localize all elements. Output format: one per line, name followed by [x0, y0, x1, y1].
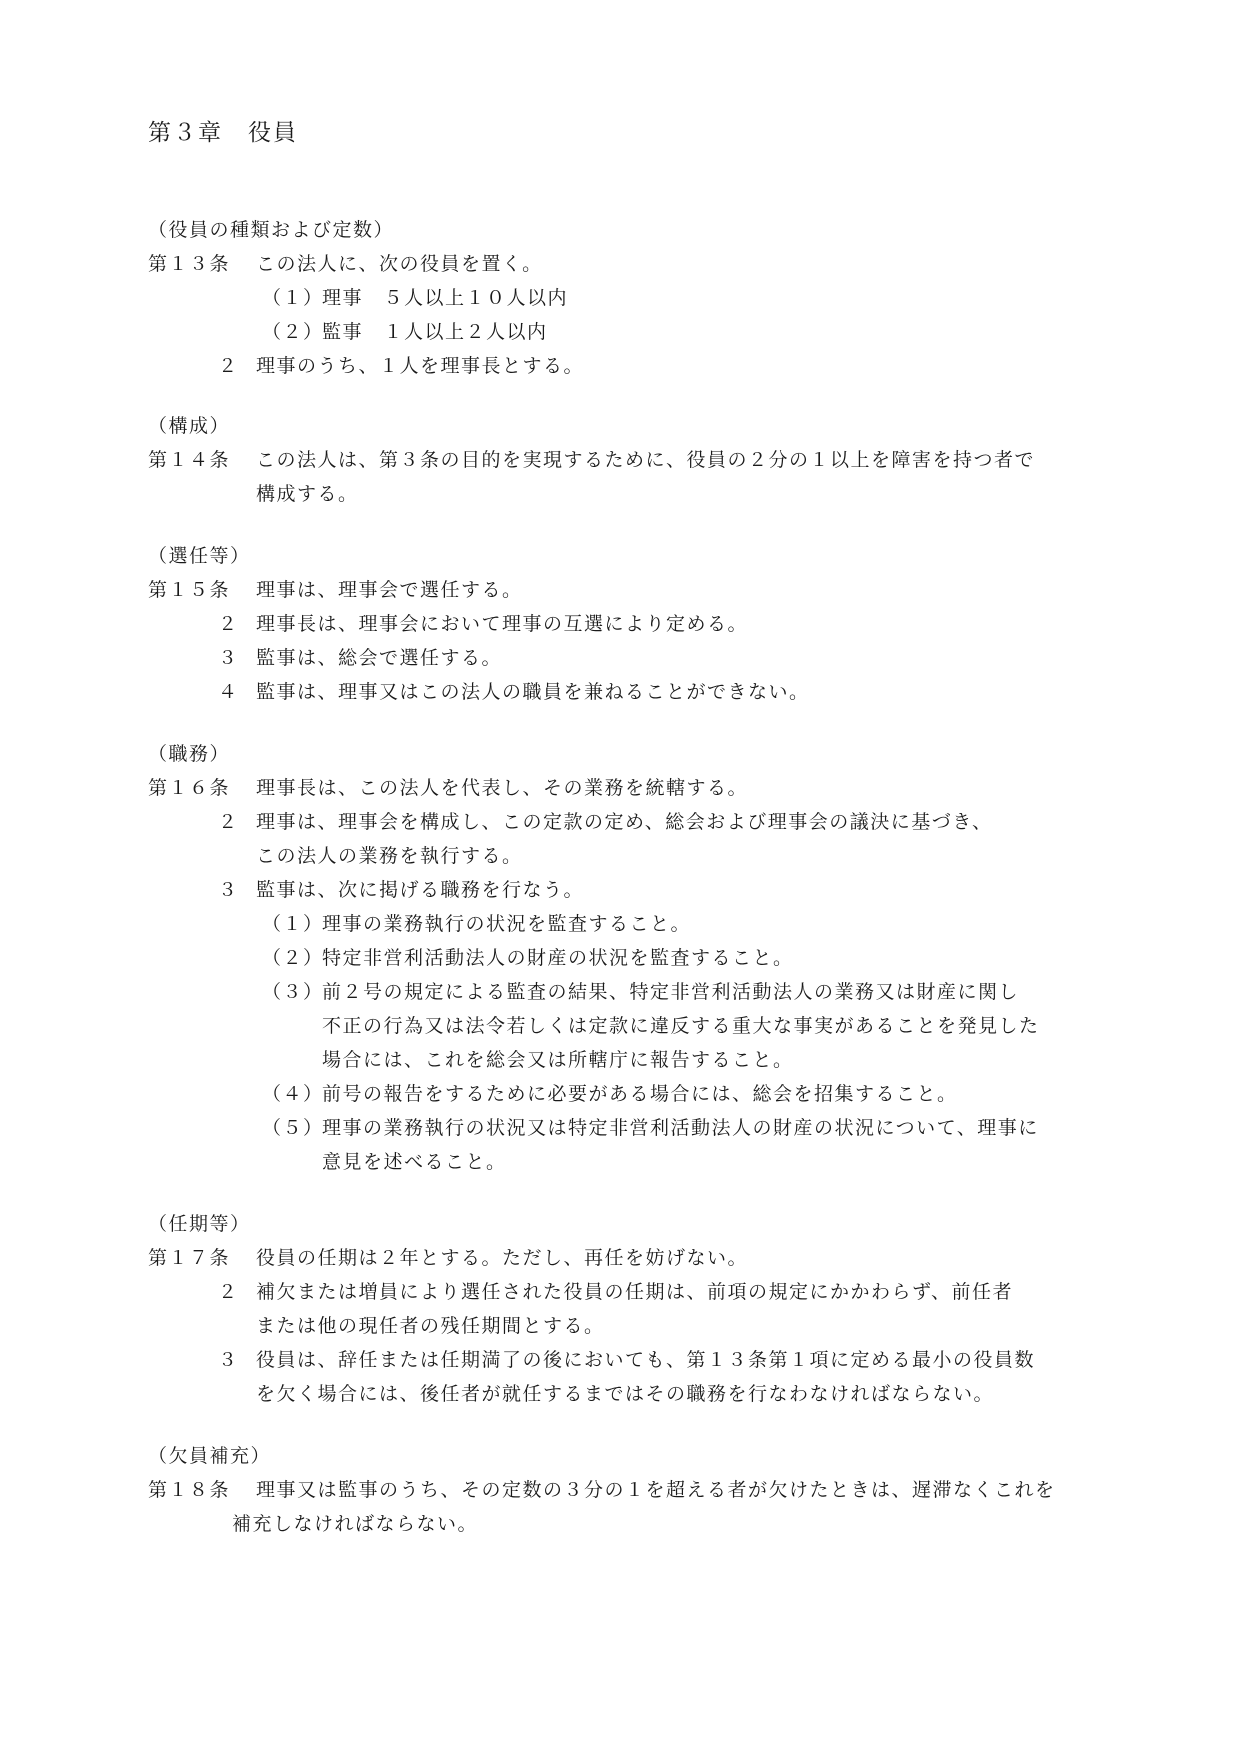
item-number: （１） [262, 912, 324, 936]
article-text-continued: 構成する。 [256, 482, 359, 506]
item-text-continued: 意見を述べること。 [322, 1150, 507, 1174]
paragraph-number: ２ [218, 354, 239, 378]
paragraph-text: 補欠または増員により選任された役員の任期は、前項の規定にかかわらず、前任者 [256, 1280, 1013, 1304]
item-number: （３） [262, 980, 324, 1004]
paragraph-number: ２ [218, 612, 239, 636]
item-text: 前号の報告をするために必要がある場合には、総会を招集すること。 [322, 1082, 958, 1106]
article-text: この法人に、次の役員を置く。 [256, 252, 543, 276]
article-text: 役員の任期は２年とする。ただし、再任を妨げない。 [256, 1246, 748, 1270]
article-heading: （構成） [148, 414, 230, 438]
paragraph-text: 監事は、理事又はこの法人の職員を兼ねることができない。 [256, 680, 810, 704]
item-text-continued: 場合には、これを総会又は所轄庁に報告すること。 [322, 1048, 794, 1072]
item-number: （５） [262, 1116, 324, 1140]
article-text: 理事又は監事のうち、その定数の３分の１を超える者が欠けたときは、遅滞なくこれを [256, 1478, 1056, 1502]
article-number: 第１８条 [148, 1478, 230, 1502]
paragraph-number: ３ [218, 646, 239, 670]
item-number: （４） [262, 1082, 324, 1106]
paragraph-text: 監事は、次に掲げる職務を行なう。 [256, 878, 584, 902]
paragraph-text: 理事長は、理事会において理事の互選により定める。 [256, 612, 748, 636]
chapter-title: 第３章 役員 [148, 114, 298, 147]
paragraph-number: ４ [218, 680, 239, 704]
article-heading: （役員の種類および定数） [148, 218, 394, 242]
article-heading: （任期等） [148, 1212, 251, 1236]
item-text: 理事の業務執行の状況又は特定非営利活動法人の財産の状況について、理事に [322, 1116, 1039, 1140]
paragraph-text: 理事は、理事会を構成し、この定款の定め、総会および理事会の議決に基づき、 [256, 810, 992, 834]
item-text: 理事 ５人以上１０人以内 [322, 286, 568, 310]
item-number: （２） [262, 946, 324, 970]
paragraph-text: 監事は、総会で選任する。 [256, 646, 502, 670]
item-text: 前２号の規定による監査の結果、特定非営利活動法人の業務又は財産に関し [322, 980, 1019, 1004]
article-text-continued: 補充しなければならない。 [232, 1512, 478, 1536]
paragraph-text-continued: この法人の業務を執行する。 [256, 844, 523, 868]
article-heading: （職務） [148, 742, 230, 766]
article-text: この法人は、第３条の目的を実現するために、役員の２分の１以上を障害を持つ者で [256, 448, 1035, 472]
paragraph-text: 役員は、辞任または任期満了の後においても、第１３条第１項に定める最小の役員数 [256, 1348, 1035, 1372]
item-number: （２） [262, 320, 324, 344]
paragraph-number: ２ [218, 1280, 239, 1304]
item-text-continued: 不正の行為又は法令若しくは定款に違反する重大な事実があることを発見した [322, 1014, 1040, 1038]
paragraph-number: ２ [218, 810, 239, 834]
article-text: 理事長は、この法人を代表し、その業務を統轄する。 [256, 776, 748, 800]
item-text: 特定非営利活動法人の財産の状況を監査すること。 [322, 946, 794, 970]
article-number: 第１３条 [148, 252, 230, 276]
paragraph-number: ３ [218, 1348, 239, 1372]
paragraph-text: 理事のうち、１人を理事長とする。 [256, 354, 584, 378]
item-text: 監事 １人以上２人以内 [322, 320, 548, 344]
document-page: 第３章 役員 （役員の種類および定数） 第１３条 この法人に、次の役員を置く。 … [0, 0, 1241, 1754]
paragraph-text-continued: を欠く場合には、後任者が就任するまではその職務を行なわなければならない。 [256, 1382, 994, 1406]
article-heading: （選任等） [148, 544, 251, 568]
paragraph-text-continued: または他の現任者の残任期間とする。 [256, 1314, 605, 1338]
article-number: 第１６条 [148, 776, 230, 800]
article-number: 第１４条 [148, 448, 230, 472]
article-heading: （欠員補充） [148, 1444, 271, 1468]
article-number: 第１５条 [148, 578, 230, 602]
item-number: （１） [262, 286, 324, 310]
item-text: 理事の業務執行の状況を監査すること。 [322, 912, 691, 936]
paragraph-number: ３ [218, 878, 239, 902]
article-text: 理事は、理事会で選任する。 [256, 578, 523, 602]
article-number: 第１７条 [148, 1246, 230, 1270]
